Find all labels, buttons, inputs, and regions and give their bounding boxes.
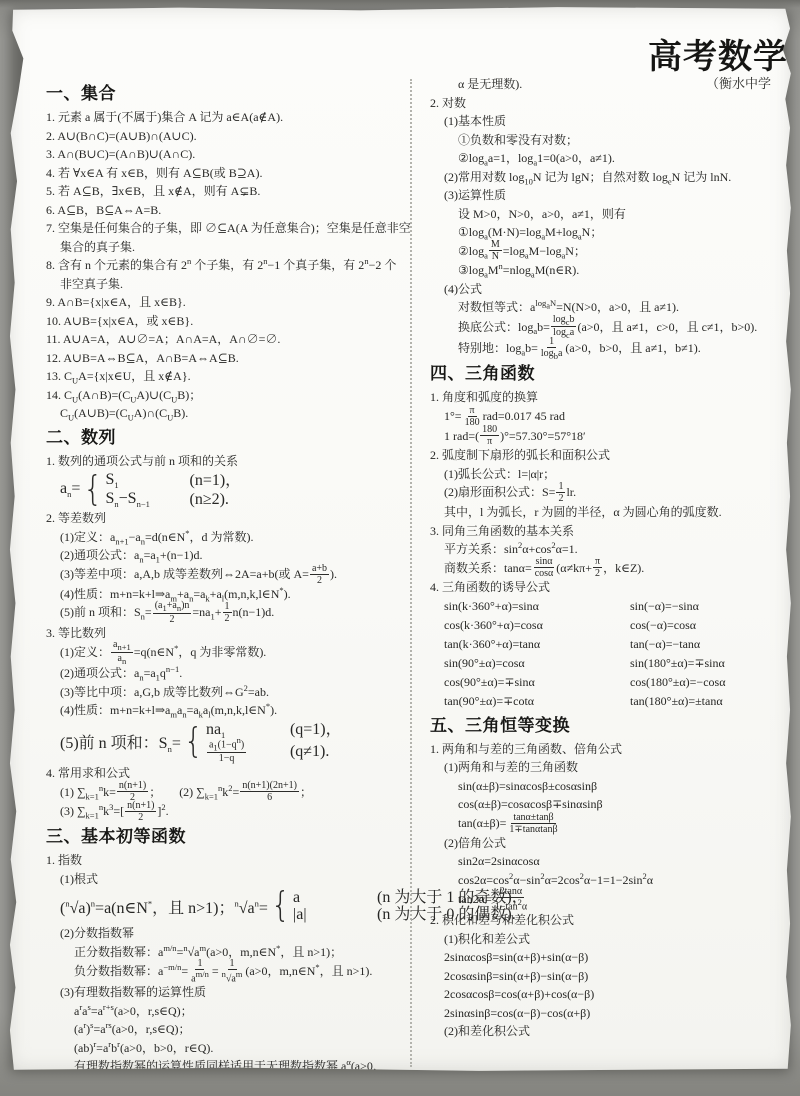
formula-line: 有理数指数幂的运算性质同样适用于无理数指数幂 aα(a>0， bbox=[46, 1057, 410, 1076]
formula-cell: cos(90°±α)=∓sinα bbox=[444, 673, 630, 692]
formula-line: (2)分数指数幂 bbox=[46, 924, 410, 943]
formula-line: (3)等差中项：a,A,b 成等差数列⇔2A=a+b(或 A=a+b2). bbox=[46, 565, 410, 585]
left-column: 一、集合1. 元素 a 属于(不属于)集合 A 记为 a∈A(a∉A).2. A… bbox=[46, 79, 410, 1076]
formula-line: (3)等比中项：a,G,b 成等比数列⇔G2=ab. bbox=[46, 683, 410, 702]
formula-line: 7. 空集是任何集合的子集，即 ∅⊆A(A 为任意集合)；空集是任意非空 bbox=[46, 219, 410, 238]
formula-line: 10. A∪B={x|x∈A，或 x∈B}. bbox=[46, 312, 410, 331]
formula-line: 非空真子集. bbox=[46, 275, 410, 294]
formula-line: CU(A∪B)=(CUA)∩(CUB). bbox=[46, 404, 410, 423]
formula-line: 2. 积化和差与和差化积公式 bbox=[430, 911, 796, 930]
formula-line: ②logaa=1，loga1=0(a>0，a≠1). bbox=[430, 149, 796, 168]
formula-cell: sin(−α)=−sinα bbox=[630, 597, 796, 616]
formula-line: (ab)r=arbr(a>0，b>0，r∈Q). bbox=[46, 1039, 410, 1058]
formula-line: 4. 常用求和公式 bbox=[46, 764, 410, 783]
formula-line: (2)通项公式：an=a1qn−1. bbox=[46, 664, 410, 683]
formula-line: 平方关系：sin2α+cos2α=1. bbox=[430, 540, 796, 559]
cases-formula: an={S1(n=1)，Sn−Sn−1(n≥2). bbox=[46, 471, 410, 508]
formula-cell: tan(180°±α)=±tanα bbox=[630, 692, 796, 711]
formula-line: sin(α±β)=sinαcosβ±cosαsinβ bbox=[430, 777, 796, 796]
formula-line: 2. 弧度制下扇形的弧长和面积公式 bbox=[430, 446, 796, 465]
paper-page: 高考数学必 （衡水中学 一、集合1. 元素 a 属于(不属于)集合 A 记为 a… bbox=[6, 5, 794, 1073]
formula-cell: sin(90°±α)=cosα bbox=[444, 654, 630, 673]
page-title: 高考数学必 bbox=[648, 29, 800, 78]
formula-line: (1)基本性质 bbox=[430, 112, 796, 131]
formula-line: tan2α=2tanα1−tan2α bbox=[430, 889, 796, 911]
formula-line: 2. 等差数列 bbox=[46, 509, 410, 528]
formula-line: (4)性质：m+n=k+l⇒aman=akal(m,n,k,l∈N*). bbox=[46, 701, 410, 720]
formula-line: cos(α±β)=cosαcosβ∓sinαsinβ bbox=[430, 795, 796, 814]
formula-line: 14. CU(A∩B)=(CUA)∪(CUB)； bbox=[46, 386, 410, 405]
formula-line: 对数恒等式：alogaN=N(N>0，a>0，且 a≠1). bbox=[430, 298, 796, 317]
formula-line: (3)运算性质 bbox=[430, 186, 796, 205]
formula-line: 11. A∪A=A，A∪∅=A；A∩A=A，A∩∅=∅. bbox=[46, 330, 410, 349]
formula-line: (1)弧长公式：l=|α|r； bbox=[430, 465, 796, 484]
brace-glyph: { bbox=[271, 889, 290, 924]
formula-line: (2)常用对数 log10N 记为 lgN；自然对数 logeN 记为 lnN. bbox=[430, 168, 796, 187]
formula-line: 其中，l 为弧长，r 为圆的半径，α 为圆心角的弧度数. bbox=[430, 503, 796, 522]
formula-line: 1. 元素 a 属于(不属于)集合 A 记为 a∈A(a∉A). bbox=[46, 108, 410, 127]
formula-line: 9. A∩B={x|x∈A，且 x∈B}. bbox=[46, 293, 410, 312]
formula-line: 4. 三角函数的诱导公式 bbox=[430, 578, 796, 597]
formula-line: 2. 对数 bbox=[430, 94, 796, 113]
section-heading: 四、三角函数 bbox=[430, 363, 796, 385]
formula-line: (3) ∑k=1nk3=[n(n+1)2]2. bbox=[46, 802, 410, 822]
formula-line: (2)扇形面积公式：S=12lr. bbox=[430, 483, 796, 503]
formula-line: 5. 若 A⊆B，∃x∈B，且 x∉A，则有 A⊊B. bbox=[46, 182, 410, 201]
formula-line: α 是无理数). bbox=[430, 75, 796, 94]
formula-line: 1. 指数 bbox=[46, 851, 410, 870]
formula-cell: cos(180°±α)=−cosα bbox=[630, 673, 796, 692]
cases-formula: (5)前 n 项和：Sn={na1(q=1)，a1(1−qn)1−q(q≠1). bbox=[46, 721, 410, 764]
right-column: α 是无理数).2. 对数(1)基本性质①负数和零没有对数；②logaa=1，l… bbox=[430, 75, 796, 1041]
formula-line: cos2α=cos2α−sin2α=2cos2α−1=1−2sin2α bbox=[430, 871, 796, 890]
formula-line: 1. 两角和与差的三角函数、倍角公式 bbox=[430, 740, 796, 759]
formula-line: (5)前 n 项和：Sn=(a1+an)n2=na1+12n(n−1)d. bbox=[46, 603, 410, 624]
formula-cell: cos(−α)=cosα bbox=[630, 616, 796, 635]
formula-line: 2cosαsinβ=sin(α+β)−sin(α−β) bbox=[430, 967, 796, 986]
formula-line: 设 M>0，N>0，a>0，a≠1，则有 bbox=[430, 205, 796, 224]
formula-line: (2)通项公式：an=a1+(n−1)d. bbox=[46, 546, 410, 565]
formula-line: 12. A∪B=A⇔B⊆A，A∩B=A⇔A⊆B. bbox=[46, 349, 410, 368]
formula-line: 8. 含有 n 个元素的集合有 2n 个子集，有 2n−1 个真子集，有 2n−… bbox=[46, 256, 410, 275]
section-heading: 三、基本初等函数 bbox=[46, 826, 410, 848]
formula-line: (2)倍角公式 bbox=[430, 834, 796, 853]
formula-line: 集合的真子集. bbox=[46, 238, 410, 257]
formula-line: 换底公式：logab=logcblogca(a>0，且 a≠1，c>0，且 c≠… bbox=[430, 317, 796, 339]
formula-cell: tan(90°±α)=∓cotα bbox=[444, 692, 630, 711]
formula-line: 商数关系：tanα=sinαcosα(α≠kπ+π2，k∈Z). bbox=[430, 559, 796, 579]
formula-line: (1)两角和与差的三角函数 bbox=[430, 758, 796, 777]
formula-line: 1 rad=(180π)°=57.30°=57°18′ bbox=[430, 427, 796, 447]
cases-formula: (n√a)n=a(n∈N*，且 n>1)；n√an={a(n 为大于 1 的奇数… bbox=[46, 889, 410, 923]
formula-line: sin2α=2sinαcosα bbox=[430, 852, 796, 871]
formula-line: ②logaMN=logaM−logaN； bbox=[430, 242, 796, 262]
formula-cell: tan(k·360°+α)=tanα bbox=[444, 635, 630, 654]
formula-line: (1)定义：an+1−an=d(n∈N*，d 为常数). bbox=[46, 528, 410, 547]
formula-cell: tan(−α)=−tanα bbox=[630, 635, 796, 654]
formula-line: ①loga(M·N)=logaM+logaN； bbox=[430, 223, 796, 242]
formula-line: (2)和差化积公式 bbox=[430, 1022, 796, 1041]
formula-line: 13. CUA={x|x∈U，且 x∉A}. bbox=[46, 367, 410, 386]
formula-line: (1)积化和差公式 bbox=[430, 930, 796, 949]
formula-cell: sin(180°±α)=∓sinα bbox=[630, 654, 796, 673]
formula-line: (1)根式 bbox=[46, 870, 410, 889]
formula-line: 3. 等比数列 bbox=[46, 624, 410, 643]
formula-line: (1)定义：an+1an=q(n∈N*，q 为非零常数). bbox=[46, 642, 410, 664]
formula-line: 3. 同角三角函数的基本关系 bbox=[430, 522, 796, 541]
brace-glyph: { bbox=[83, 472, 102, 507]
formula-line: (4)公式 bbox=[430, 280, 796, 299]
brace-glyph: { bbox=[184, 725, 203, 760]
formula-line: 负分数指数幂：a−m/n=1am/n=1n√am(a>0，m,n∈N*，且 n>… bbox=[46, 961, 410, 983]
formula-line: (ar)s=ars(a>0，r,s∈Q)； bbox=[46, 1020, 410, 1039]
formula-line: aras=ar+s(a>0，r,s∈Q)； bbox=[46, 1002, 410, 1021]
formula-line: tan(α±β)=tanα±tanβ1∓tanαtanβ bbox=[430, 814, 796, 834]
formula-line: ①负数和零没有对数； bbox=[430, 131, 796, 150]
formula-line: 2sinαcosβ=sin(α+β)+sin(α−β) bbox=[430, 948, 796, 967]
formula-line: 1. 数列的通项公式与前 n 项和的关系 bbox=[46, 452, 410, 471]
formula-line: ③logaMn=nlogaM(n∈R). bbox=[430, 261, 796, 280]
formula-line: 特别地：logab=1logba(a>0，b>0，且 a≠1，b≠1). bbox=[430, 339, 796, 360]
formula-line: 1. 角度和弧度的换算 bbox=[430, 388, 796, 407]
formula-line: 3. A∩(B∪C)=(A∩B)∪(A∩C). bbox=[46, 145, 410, 164]
formula-line: 2. A∪(B∩C)=(A∪B)∩(A∪C). bbox=[46, 127, 410, 146]
formula-line: 4. 若 ∀x∈A 有 x∈B，则有 A⊆B(或 B⊇A). bbox=[46, 164, 410, 183]
section-heading: 二、数列 bbox=[46, 427, 410, 449]
formula-line: 6. A⊆B，B⊆A⇔A=B. bbox=[46, 201, 410, 220]
formula-line: (1) ∑k=1nk=n(n+1)2； (2) ∑k=1nk2=n(n+1)(2… bbox=[46, 783, 410, 803]
section-heading: 五、三角恒等变换 bbox=[430, 715, 796, 737]
formula-cell: sin(k·360°+α)=sinα bbox=[444, 597, 630, 616]
section-heading: 一、集合 bbox=[46, 83, 410, 105]
induction-formula-grid: sin(k·360°+α)=sinαsin(−α)=−sinαcos(k·360… bbox=[430, 597, 796, 711]
formula-cell: cos(k·360°+α)=cosα bbox=[444, 616, 630, 635]
formula-line: 2cosαcosβ=cos(α+β)+cos(α−β) bbox=[430, 985, 796, 1004]
formula-line: (3)有理数指数幂的运算性质 bbox=[46, 983, 410, 1002]
formula-line: 2sinαsinβ=cos(α−β)−cos(α+β) bbox=[430, 1004, 796, 1023]
